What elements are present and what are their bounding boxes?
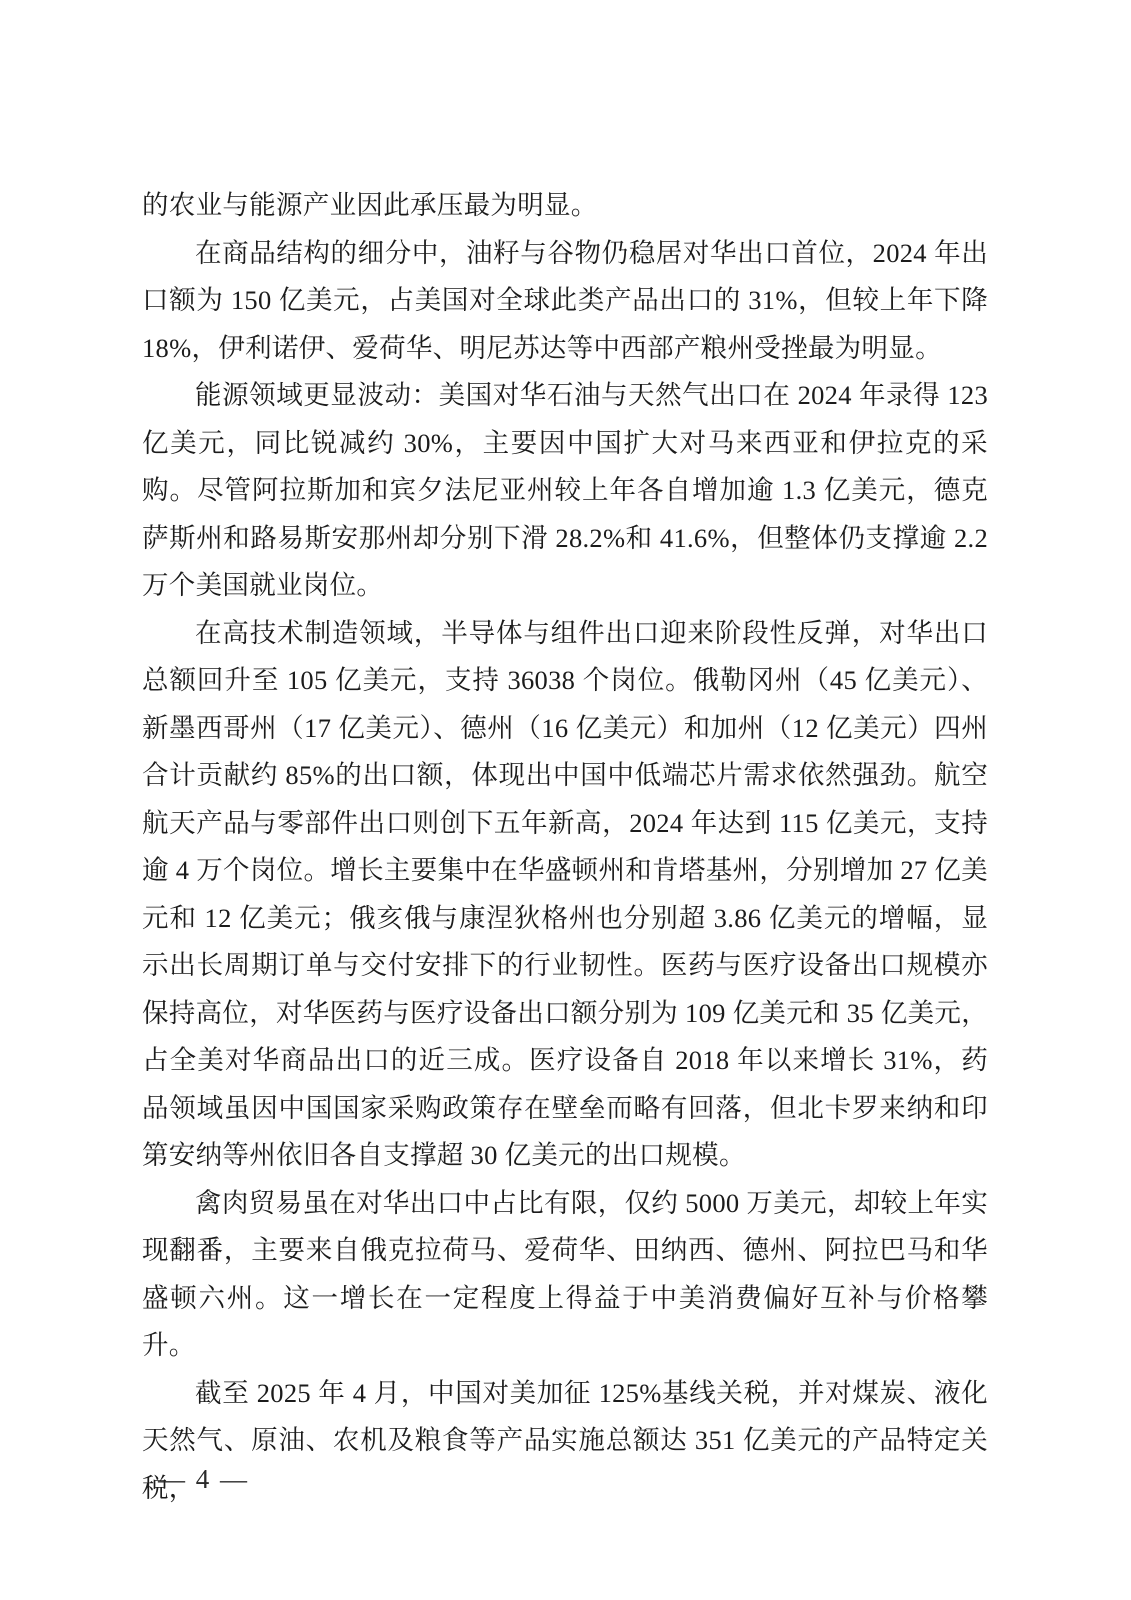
page-number: — 4 —: [158, 1462, 249, 1496]
paragraph-high-tech: 在高技术制造领域，半导体与组件出口迎来阶段性反弹，对华出口总额回升至 105 亿…: [142, 610, 988, 1180]
paragraph-poultry-trade: 禽肉贸易虽在对华出口中占比有限，仅约 5000 万美元，却较上年实现翻番，主要来…: [142, 1180, 988, 1370]
document-page: 的农业与能源产业因此承压最为明显。 在商品结构的细分中，油籽与谷物仍稳居对华出口…: [0, 0, 1131, 1600]
paragraph-commodity-structure: 在商品结构的细分中，油籽与谷物仍稳居对华出口首位，2024 年出口额为 150 …: [142, 230, 988, 373]
body-text: 的农业与能源产业因此承压最为明显。 在商品结构的细分中，油籽与谷物仍稳居对华出口…: [142, 182, 988, 1512]
paragraph-continuation: 的农业与能源产业因此承压最为明显。: [142, 182, 988, 230]
paragraph-tariffs: 截至 2025 年 4 月，中国对美加征 125%基线关税，并对煤炭、液化天然气…: [142, 1370, 988, 1513]
paragraph-energy: 能源领域更显波动：美国对华石油与天然气出口在 2024 年录得 123 亿美元，…: [142, 372, 988, 610]
